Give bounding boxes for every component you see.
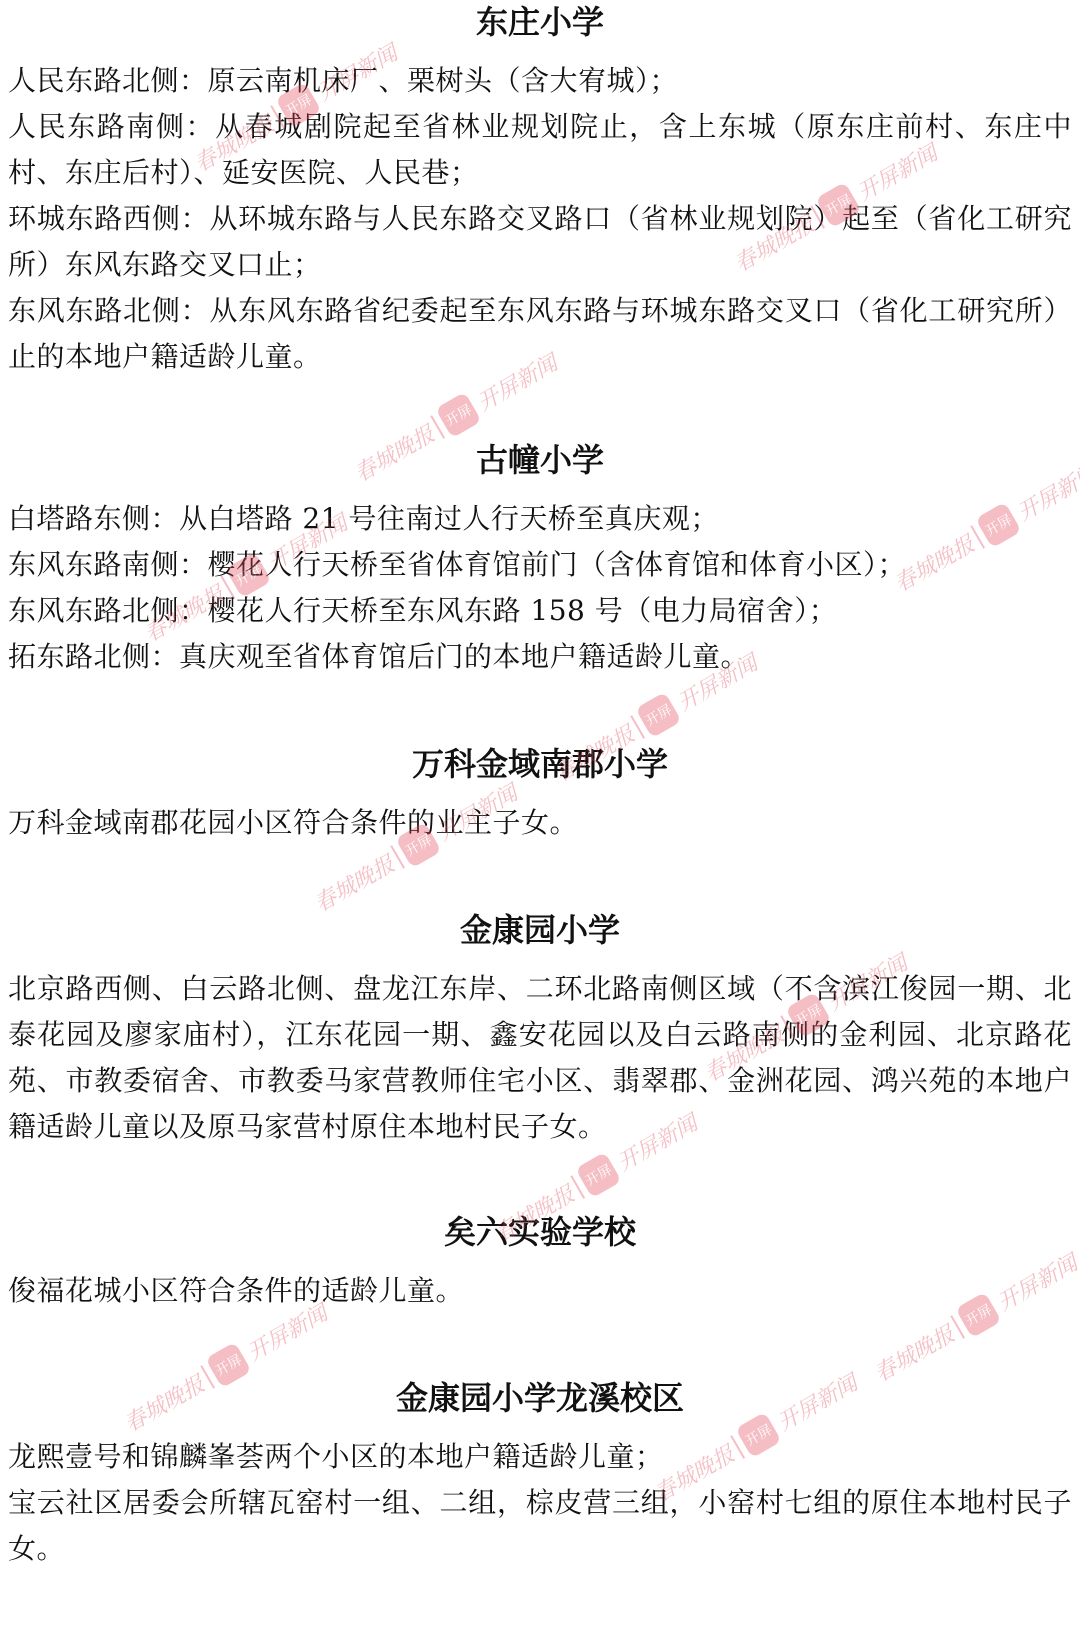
- school-section-longxi: 金康园小学龙溪校区 龙熙壹号和锦麟峯荟两个小区的本地户籍适龄儿童； 宝云社区居委…: [0, 1376, 1080, 1572]
- school-title: 金康园小学: [0, 908, 1080, 952]
- school-title: 东庄小学: [0, 0, 1080, 44]
- district-line: 拓东路北侧：真庆观至省体育馆后门的本地户籍适龄儿童。: [0, 634, 1080, 680]
- school-section-dongzhuang: 东庄小学 人民东路北侧：原云南机床厂、栗树头（含大宥城）； 人民东路南侧：从春城…: [0, 0, 1080, 380]
- watermark-separator: [390, 845, 405, 869]
- school-title: 金康园小学龙溪校区: [0, 1376, 1080, 1420]
- school-title: 矣六实验学校: [0, 1210, 1080, 1254]
- district-line: 东风东路北侧：樱花人行天桥至东风东路 158 号（电力局宿舍）；: [0, 588, 1080, 634]
- district-line: 东风东路南侧：樱花人行天桥至省体育馆前门（含体育馆和体育小区）；: [0, 542, 1080, 588]
- district-line: 俊福花城小区符合条件的适龄儿童。: [0, 1268, 1080, 1314]
- district-line: 万科金域南郡花园小区符合条件的业主子女。: [0, 800, 1080, 846]
- watermark-logo-icon: 开屏: [635, 692, 681, 738]
- district-line: 人民东路南侧：从春城剧院起至省林业规划院止，含上东城（原东庄前村、东庄中村、东庄…: [0, 104, 1080, 196]
- watermark-separator: [950, 1315, 965, 1339]
- school-title: 万科金域南郡小学: [0, 742, 1080, 786]
- school-section-yiliu: 矣六实验学校 俊福花城小区符合条件的适龄儿童。: [0, 1210, 1080, 1314]
- watermark-logo-icon: 开屏: [575, 1152, 621, 1198]
- district-line: 人民东路北侧：原云南机床厂、栗树头（含大宥城）；: [0, 58, 1080, 104]
- watermark-separator: [430, 415, 445, 439]
- watermark-separator: [570, 1175, 585, 1199]
- watermark-logo-icon: 开屏: [435, 392, 481, 438]
- school-section-jinkangyuan: 金康园小学 北京路西侧、白云路北侧、盘龙江东岸、二环北路南侧区域（不含滨江俊园一…: [0, 908, 1080, 1150]
- district-line: 宝云社区居委会所辖瓦窑村一组、二组，棕皮营三组，小窑村七组的原住本地村民子女。: [0, 1480, 1080, 1572]
- district-line: 东风东路北侧：从东风东路省纪委起至东风东路与环城东路交叉口（省化工研究所）止的本…: [0, 288, 1080, 380]
- district-line: 白塔路东侧：从白塔路 21 号往南过人行天桥至真庆观；: [0, 496, 1080, 542]
- watermark-separator: [630, 715, 645, 739]
- school-section-guchuang: 古幢小学 白塔路东侧：从白塔路 21 号往南过人行天桥至真庆观； 东风东路南侧：…: [0, 438, 1080, 680]
- school-section-vanke: 万科金域南郡小学 万科金域南郡花园小区符合条件的业主子女。: [0, 742, 1080, 846]
- district-line: 龙熙壹号和锦麟峯荟两个小区的本地户籍适龄儿童；: [0, 1434, 1080, 1480]
- school-title: 古幢小学: [0, 438, 1080, 482]
- district-line: 北京路西侧、白云路北侧、盘龙江东岸、二环北路南侧区域（不含滨江俊园一期、北泰花园…: [0, 966, 1080, 1150]
- district-line: 环城东路西侧：从环城东路与人民东路交叉路口（省林业规划院）起至（省化工研究所）东…: [0, 196, 1080, 288]
